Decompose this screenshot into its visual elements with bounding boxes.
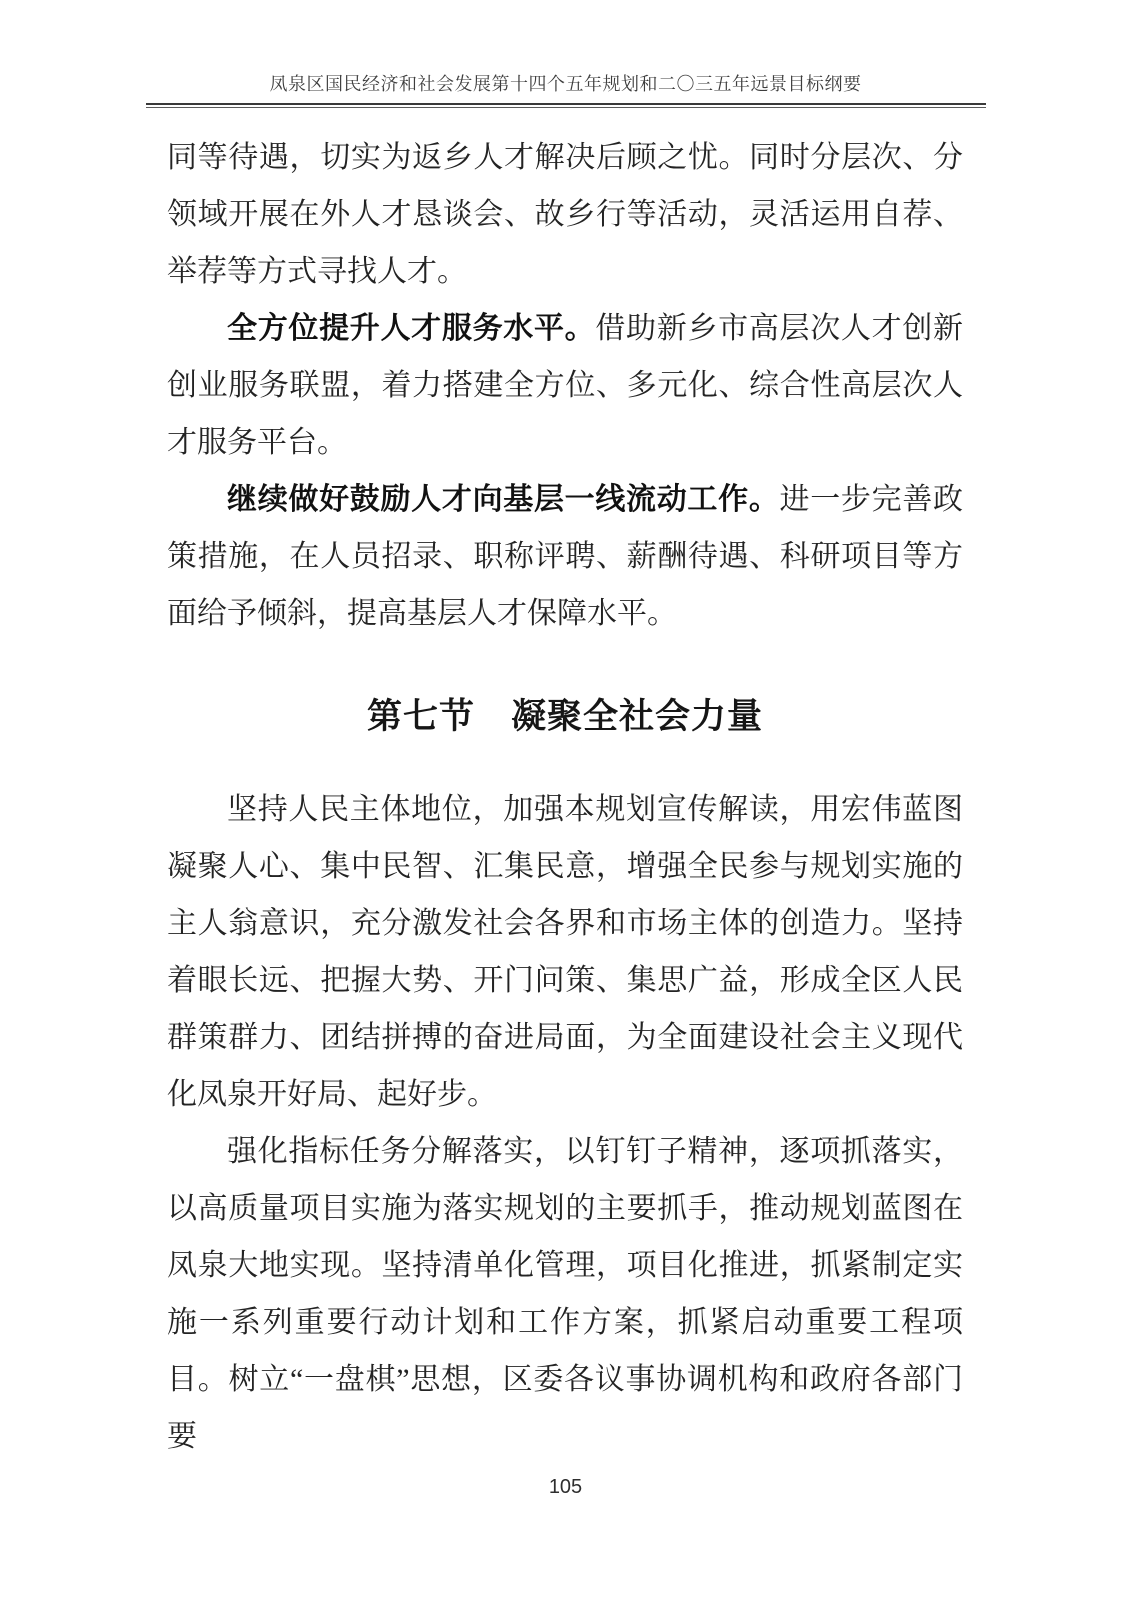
paragraph-text: 坚持人民主体地位，加强本规划宣传解读，用宏伟蓝图凝聚人心、集中民智、汇集民意，增… [167, 793, 963, 1111]
paragraph: 同等待遇，切实为返乡人才解决后顾之忧。同时分层次、分领域开展在外人才恳谈会、故乡… [167, 129, 963, 300]
paragraph-bold-lead: 继续做好鼓励人才向基层一线流动工作。 [227, 483, 780, 516]
paragraph-text: 同等待遇，切实为返乡人才解决后顾之忧。同时分层次、分领域开展在外人才恳谈会、故乡… [167, 141, 963, 288]
page-number: 105 [0, 1476, 1131, 1499]
header-divider [146, 103, 986, 108]
paragraph: 全方位提升人才服务水平。借助新乡市高层次人才创新创业服务联盟，着力搭建全方位、多… [167, 300, 963, 471]
paragraph-text: 强化指标任务分解落实，以钉钉子精神，逐项抓落实，以高质量项目实施为落实规划的主要… [167, 1135, 963, 1453]
paragraph-bold-lead: 全方位提升人才服务水平。 [227, 312, 595, 345]
document-body: 同等待遇，切实为返乡人才解决后顾之忧。同时分层次、分领域开展在外人才恳谈会、故乡… [167, 129, 963, 1465]
paragraph: 强化指标任务分解落实，以钉钉子精神，逐项抓落实，以高质量项目实施为落实规划的主要… [167, 1123, 963, 1465]
header-title: 凤泉区国民经济和社会发展第十四个五年规划和二〇三五年远景目标纲要 [0, 72, 1131, 96]
paragraph: 继续做好鼓励人才向基层一线流动工作。进一步完善政策措施，在人员招录、职称评聘、薪… [167, 471, 963, 642]
section-title: 第七节 凝聚全社会力量 [167, 688, 963, 745]
document-page: 凤泉区国民经济和社会发展第十四个五年规划和二〇三五年远景目标纲要 同等待遇，切实… [0, 0, 1131, 1600]
paragraph: 坚持人民主体地位，加强本规划宣传解读，用宏伟蓝图凝聚人心、集中民智、汇集民意，增… [167, 781, 963, 1123]
